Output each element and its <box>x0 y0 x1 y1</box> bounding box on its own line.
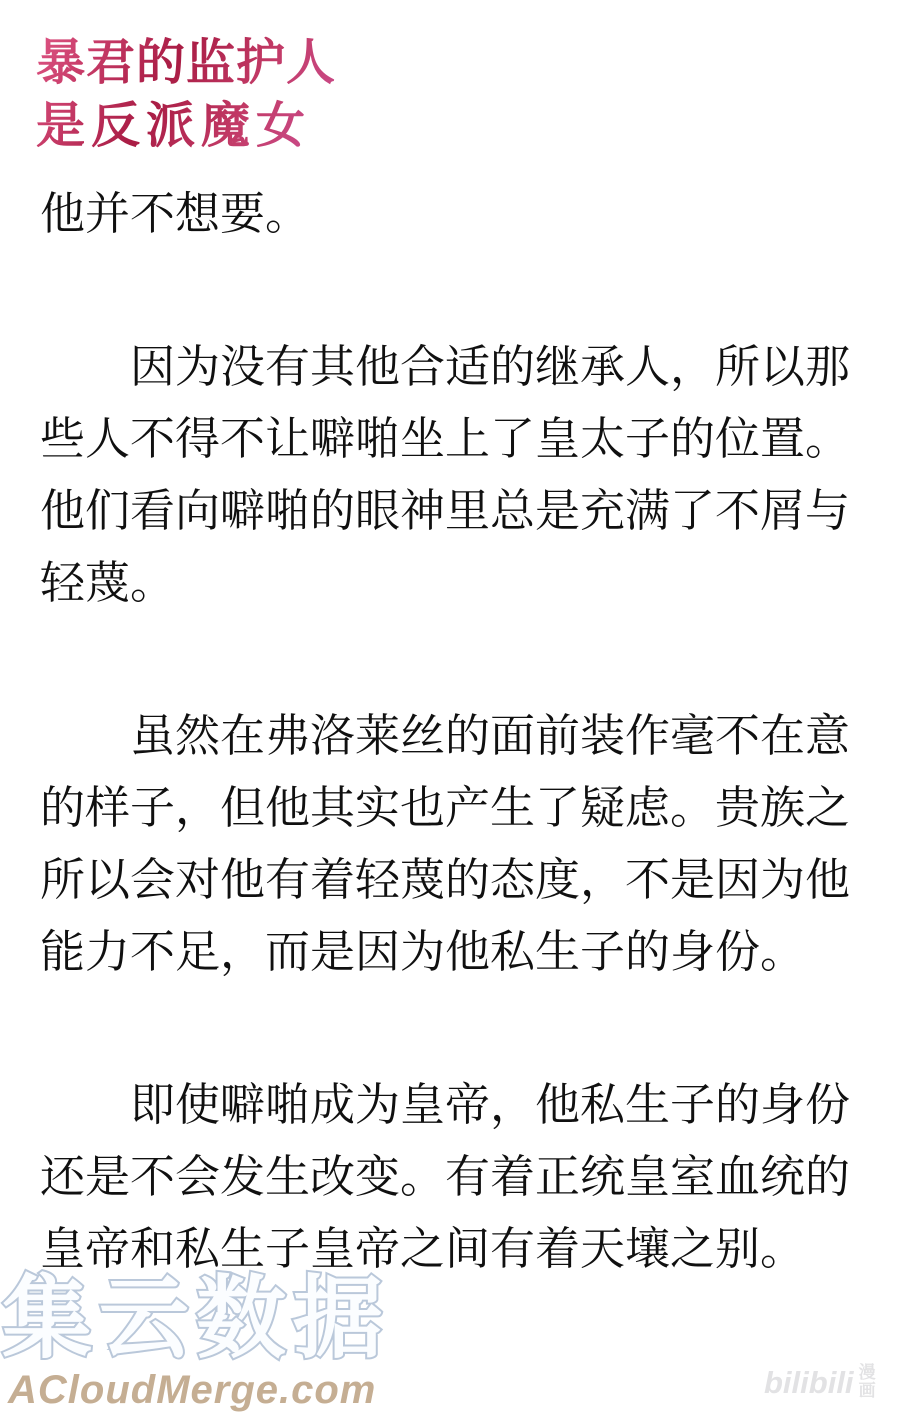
manga-label-top-char: 漫 <box>859 1364 876 1382</box>
story-paragraph: 即使噼啪成为皇帝，他私生子的身份还是不会发生改变。有着正统皇室血统的皇帝和私生子… <box>40 1069 860 1285</box>
series-title-line-2: 是反派魔女 <box>36 95 336 158</box>
series-title-line-1: 暴君的监护人 <box>36 32 336 95</box>
manga-label-bottom-char: 画 <box>859 1382 876 1400</box>
manga-label: 漫 画 <box>859 1364 876 1400</box>
story-paragraph: 他并不想要。 <box>40 178 860 250</box>
story-text-block: 他并不想要。 因为没有其他合适的继承人，所以那些人不得不让噼啪坐上了皇太子的位置… <box>40 178 860 1285</box>
watermark-site-url: ACloudMerge.com <box>8 1368 376 1413</box>
watermark-data-provider: 集云数据 <box>2 1274 390 1364</box>
comic-text-page: 暴君的监护人 是反派魔女 他并不想要。 因为没有其他合适的继承人，所以那些人不得… <box>0 0 900 1423</box>
story-paragraph: 因为没有其他合适的继承人，所以那些人不得不让噼啪坐上了皇太子的位置。他们看向噼啪… <box>40 331 860 619</box>
bilibili-wordmark: bilibili <box>764 1367 854 1398</box>
story-paragraph: 虽然在弗洛莱丝的面前装作毫不在意的样子，但他其实也产生了疑虑。贵族之所以会对他有… <box>40 700 860 988</box>
series-title-logo: 暴君的监护人 是反派魔女 <box>36 32 336 157</box>
bilibili-manga-logo: bilibili 漫 画 <box>764 1364 876 1400</box>
